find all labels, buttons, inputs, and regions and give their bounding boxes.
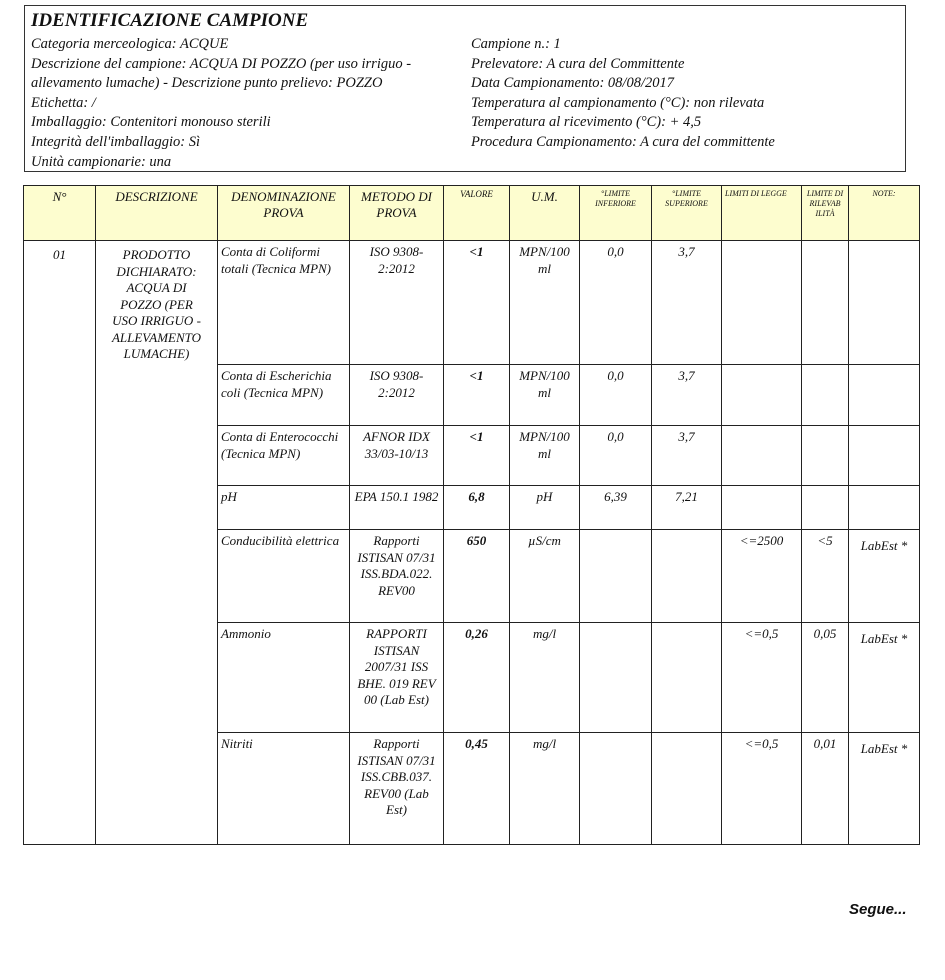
- metodo: Rapporti ISTISAN 07/31 ISS.BDA.022. REV0…: [350, 530, 444, 623]
- note: [849, 241, 920, 365]
- table-header-row: N° DESCRIZIONE DENOMINAZIONE PROVA METOD…: [24, 186, 920, 241]
- imballaggio: Imballaggio: Contenitori monouso sterili: [31, 113, 411, 133]
- limite-superiore: [652, 530, 722, 623]
- note: [849, 365, 920, 426]
- header-limite-rilevabilita: LIMITE DI RILEVAB ILITÀ: [802, 186, 849, 241]
- valore: 6,8: [444, 486, 510, 530]
- table-body: 01 PRODOTTO DICHIARATO: ACQUA DI POZZO (…: [24, 241, 920, 845]
- valore: 0,45: [444, 733, 510, 845]
- metodo: RAPPORTI ISTISAN 2007/31 ISS BHE. 019 RE…: [350, 623, 444, 733]
- limiti-legge: [722, 486, 802, 530]
- header-limiti-legge: LIMITI DI LEGGE: [722, 186, 802, 241]
- header-n: N°: [24, 186, 96, 241]
- valore: 650: [444, 530, 510, 623]
- limite-rilevabilita: <5: [802, 530, 849, 623]
- unita-misura: pH: [510, 486, 580, 530]
- temperatura-campionamento: Temperatura al campionamento (°C): non r…: [471, 94, 775, 114]
- prova-name: Conducibilità elettrica: [218, 530, 350, 623]
- limite-inferiore: 0,0: [580, 426, 652, 486]
- note: [849, 486, 920, 530]
- limite-superiore: 3,7: [652, 241, 722, 365]
- prova-name: Conta di Enterococchi (Tecnica MPN): [218, 426, 350, 486]
- limite-superiore: 7,21: [652, 486, 722, 530]
- limite-superiore: [652, 623, 722, 733]
- limiti-legge: [722, 241, 802, 365]
- unita-misura: mg/l: [510, 733, 580, 845]
- limite-rilevabilita: [802, 486, 849, 530]
- limite-inferiore: 0,0: [580, 365, 652, 426]
- continue-label: Segue...: [849, 901, 907, 918]
- prova-name: Nitriti: [218, 733, 350, 845]
- header-limite-superiore: °LIMITE SUPERIORE: [652, 186, 722, 241]
- limite-superiore: [652, 733, 722, 845]
- sample-identification-box: IDENTIFICAZIONE CAMPIONE Categoria merce…: [24, 5, 906, 172]
- prelevatore: Prelevatore: A cura del Committente: [471, 55, 775, 75]
- sample-description: PRODOTTO DICHIARATO: ACQUA DI POZZO (PER…: [96, 241, 218, 845]
- limite-inferiore: 0,0: [580, 241, 652, 365]
- note: [849, 426, 920, 486]
- note: LabEst *: [849, 623, 920, 733]
- limite-inferiore: 6,39: [580, 486, 652, 530]
- unita-misura: µS/cm: [510, 530, 580, 623]
- note: LabEst *: [849, 733, 920, 845]
- limiti-legge: [722, 365, 802, 426]
- data-campionamento: Data Campionamento: 08/08/2017: [471, 74, 775, 94]
- prova-name: pH: [218, 486, 350, 530]
- unita-misura: MPN/100 ml: [510, 241, 580, 365]
- limite-inferiore: [580, 530, 652, 623]
- categoria-merceologica: Categoria merceologica: ACQUE: [31, 35, 411, 55]
- procedura-campionamento: Procedura Campionamento: A cura del comm…: [471, 133, 775, 153]
- note: LabEst *: [849, 530, 920, 623]
- unita-campionarie: Unità campionarie: una: [31, 153, 411, 173]
- limite-rilevabilita: [802, 365, 849, 426]
- temperatura-ricevimento: Temperatura al ricevimento (°C): + 4,5: [471, 113, 775, 133]
- limite-rilevabilita: 0,01: [802, 733, 849, 845]
- identification-right-column: Campione n.: 1 Prelevatore: A cura del C…: [471, 35, 775, 153]
- valore: <1: [444, 241, 510, 365]
- limiti-legge: <=0,5: [722, 733, 802, 845]
- unita-misura: MPN/100 ml: [510, 426, 580, 486]
- prova-name: Conta di Escherichia coli (Tecnica MPN): [218, 365, 350, 426]
- campione-numero: Campione n.: 1: [471, 35, 775, 55]
- descrizione-campione-line2: allevamento lumache) - Descrizione punto…: [31, 74, 411, 94]
- header-limite-inferiore: °LIMITE INFERIORE: [580, 186, 652, 241]
- limite-inferiore: [580, 623, 652, 733]
- metodo: Rapporti ISTISAN 07/31 ISS.CBB.037. REV0…: [350, 733, 444, 845]
- valore: 0,26: [444, 623, 510, 733]
- identification-left-column: Categoria merceologica: ACQUE Descrizion…: [31, 35, 411, 172]
- descrizione-campione-line1: Descrizione del campione: ACQUA DI POZZO…: [31, 55, 411, 75]
- etichetta: Etichetta: /: [31, 94, 411, 114]
- prova-name: Ammonio: [218, 623, 350, 733]
- valore: <1: [444, 426, 510, 486]
- metodo: ISO 9308-2:2012: [350, 365, 444, 426]
- limiti-legge: [722, 426, 802, 486]
- valore: <1: [444, 365, 510, 426]
- header-metodo-prova: METODO DI PROVA: [350, 186, 444, 241]
- prova-name: Conta di Coliformi totali (Tecnica MPN): [218, 241, 350, 365]
- metodo: EPA 150.1 1982: [350, 486, 444, 530]
- limite-superiore: 3,7: [652, 365, 722, 426]
- limite-rilevabilita: [802, 241, 849, 365]
- header-valore: VALORE: [444, 186, 510, 241]
- limite-inferiore: [580, 733, 652, 845]
- identification-title: IDENTIFICAZIONE CAMPIONE: [31, 10, 308, 32]
- sample-number: 01: [24, 241, 96, 845]
- limite-superiore: 3,7: [652, 426, 722, 486]
- results-table: N° DESCRIZIONE DENOMINAZIONE PROVA METOD…: [23, 185, 920, 845]
- header-denominazione-prova: DENOMINAZIONE PROVA: [218, 186, 350, 241]
- limite-rilevabilita: [802, 426, 849, 486]
- integrita-imballaggio: Integrità dell'imballaggio: Sì: [31, 133, 411, 153]
- header-um: U.M.: [510, 186, 580, 241]
- limite-rilevabilita: 0,05: [802, 623, 849, 733]
- metodo: AFNOR IDX 33/03-10/13: [350, 426, 444, 486]
- limiti-legge: <=0,5: [722, 623, 802, 733]
- unita-misura: mg/l: [510, 623, 580, 733]
- metodo: ISO 9308-2:2012: [350, 241, 444, 365]
- header-note: NOTE:: [849, 186, 920, 241]
- limiti-legge: <=2500: [722, 530, 802, 623]
- header-descrizione: DESCRIZIONE: [96, 186, 218, 241]
- unita-misura: MPN/100 ml: [510, 365, 580, 426]
- table-row: 01 PRODOTTO DICHIARATO: ACQUA DI POZZO (…: [24, 241, 920, 365]
